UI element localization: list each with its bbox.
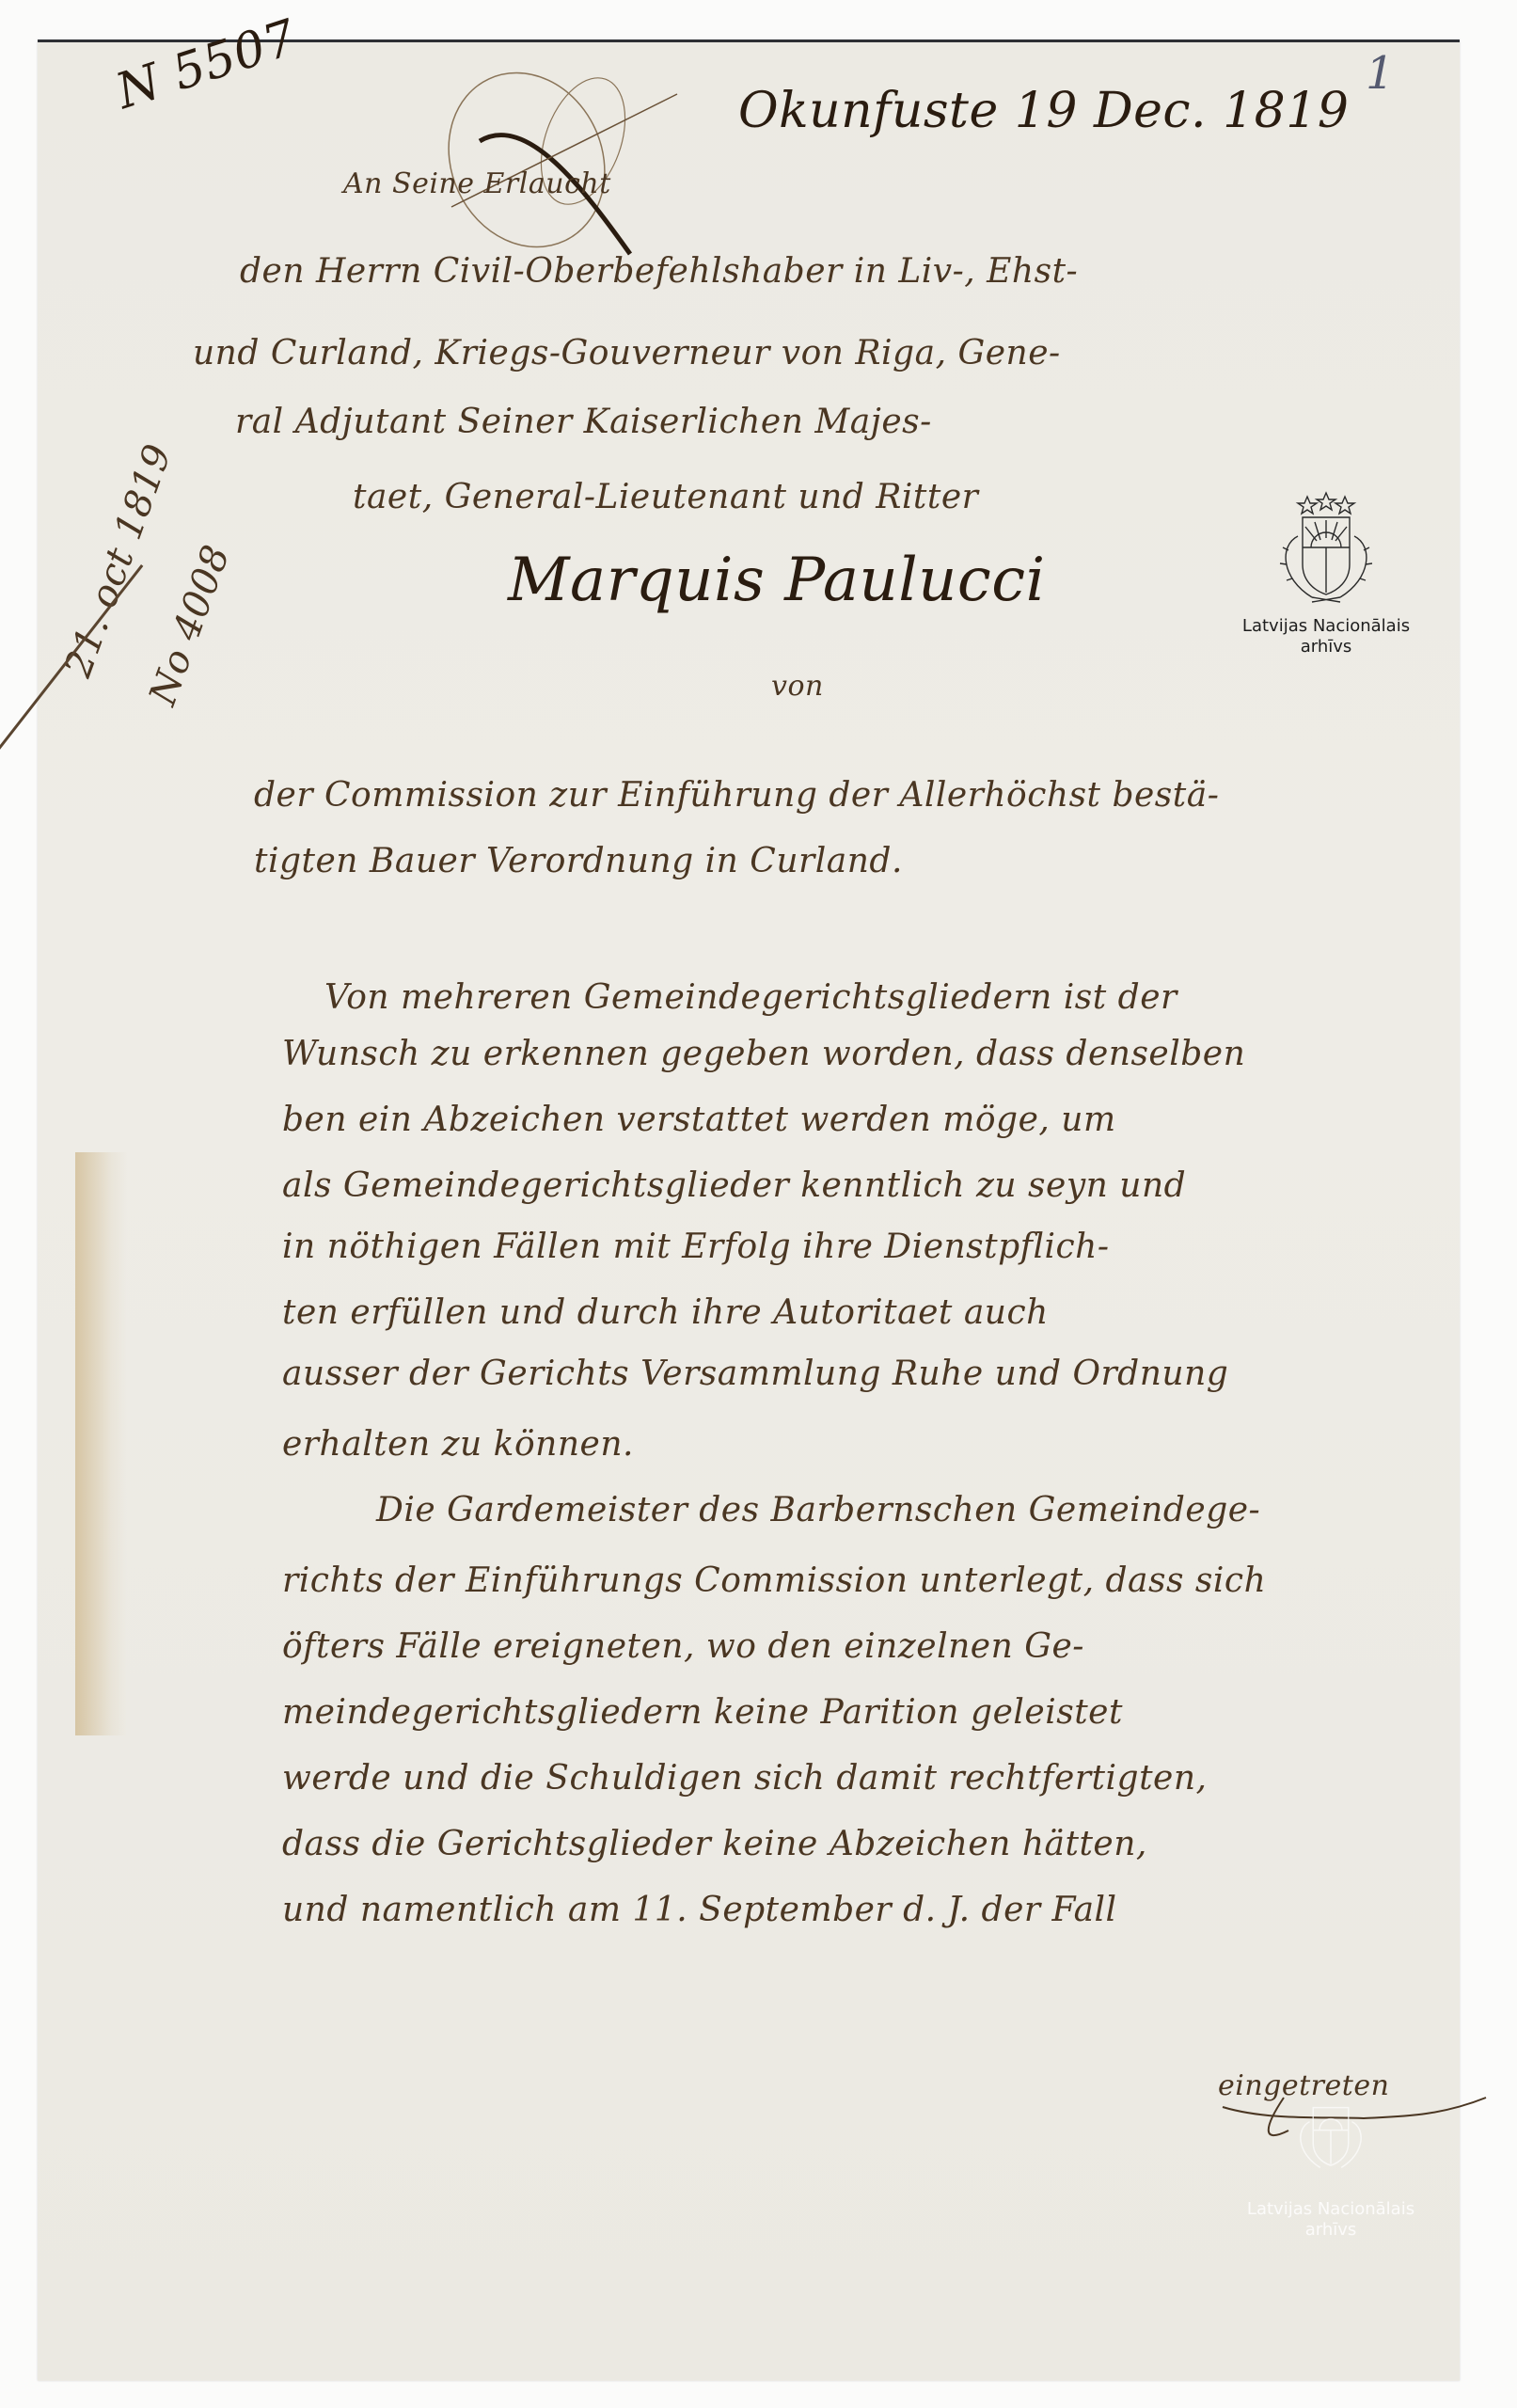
- paragraph-line: Wunsch zu erkennen gegeben worden, dass …: [282, 1035, 1245, 1073]
- paragraph-line: ten erfüllen und durch ihre Autoritaet a…: [282, 1293, 1049, 1332]
- paragraph-line: Die Gardemeister des Barbernschen Gemein…: [376, 1491, 1260, 1529]
- addressee-name: Marquis Paulucci: [508, 546, 1046, 615]
- paragraph-line: als Gemeindegerichtsglieder kenntlich zu…: [282, 1166, 1186, 1205]
- paragraph-line: richts der Einführungs Commission unterl…: [282, 1561, 1266, 1600]
- archive-watermark: Latvijas Nacionālais arhīvs: [1223, 2079, 1439, 2241]
- received-number: No 4008: [141, 540, 239, 711]
- paragraph-line: und namentlich am 11. September d. J. de…: [282, 1891, 1117, 1929]
- manuscript-page: [38, 40, 1460, 2381]
- date-line: Okunfuste 19 Dec. 1819: [738, 83, 1349, 139]
- latvia-coat-of-arms-icon: [1270, 489, 1383, 607]
- salutation-line: An Seine Erlaucht: [343, 167, 611, 200]
- salutation-line: den Herrn Civil-Oberbefehlshaber in Liv-…: [240, 252, 1078, 291]
- paragraph-line: ben ein Abzeichen verstattet werden möge…: [282, 1101, 1116, 1139]
- sender-line: der Commission zur Einführung der Allerh…: [254, 776, 1219, 815]
- paragraph-line: Von mehreren Gemeindegerichtsgliedern is…: [324, 978, 1177, 1017]
- salutation-line: taet, General-Lieutenant und Ritter: [353, 478, 978, 516]
- paragraph-line: öfters Fälle ereigneten, wo den einzelne…: [282, 1627, 1084, 1666]
- watermark-label-line1: Latvijas Nacionālais: [1223, 2199, 1439, 2220]
- latvia-coat-of-arms-icon: [1288, 2079, 1373, 2182]
- watermark-label-line2: arhīvs: [1223, 2220, 1439, 2241]
- sender-line: tigten Bauer Verordnung in Curland.: [254, 842, 903, 880]
- paragraph-line: meindegerichtsgliedern keine Parition ge…: [282, 1693, 1123, 1732]
- archive-stamp: Latvijas Nacionālais arhīvs: [1223, 489, 1430, 657]
- salutation-line: ral Adjutant Seiner Kaiserlichen Majes-: [235, 403, 932, 441]
- received-note: 21. oct 1819 No 4008: [56, 527, 301, 809]
- paragraph-line: in nöthigen Fällen mit Erfolg ihre Diens…: [282, 1228, 1110, 1266]
- paragraph-line: dass die Gerichtsglieder keine Abzeichen…: [282, 1825, 1147, 1863]
- von-line: von: [771, 670, 824, 703]
- page-number: 1: [1366, 47, 1395, 100]
- salutation-line: und Curland, Kriegs-Gouverneur von Riga,…: [193, 334, 1061, 372]
- water-stain: [75, 1152, 127, 1735]
- paragraph-line: werde und die Schuldigen sich damit rech…: [282, 1759, 1207, 1798]
- initial-flourish-icon: [442, 66, 705, 263]
- paragraph-line: erhalten zu können.: [282, 1425, 634, 1464]
- archive-label-line1: Latvijas Nacionālais: [1223, 616, 1430, 637]
- paragraph-line: ausser der Gerichts Versammlung Ruhe und…: [282, 1354, 1228, 1393]
- archive-label-line2: arhīvs: [1223, 637, 1430, 657]
